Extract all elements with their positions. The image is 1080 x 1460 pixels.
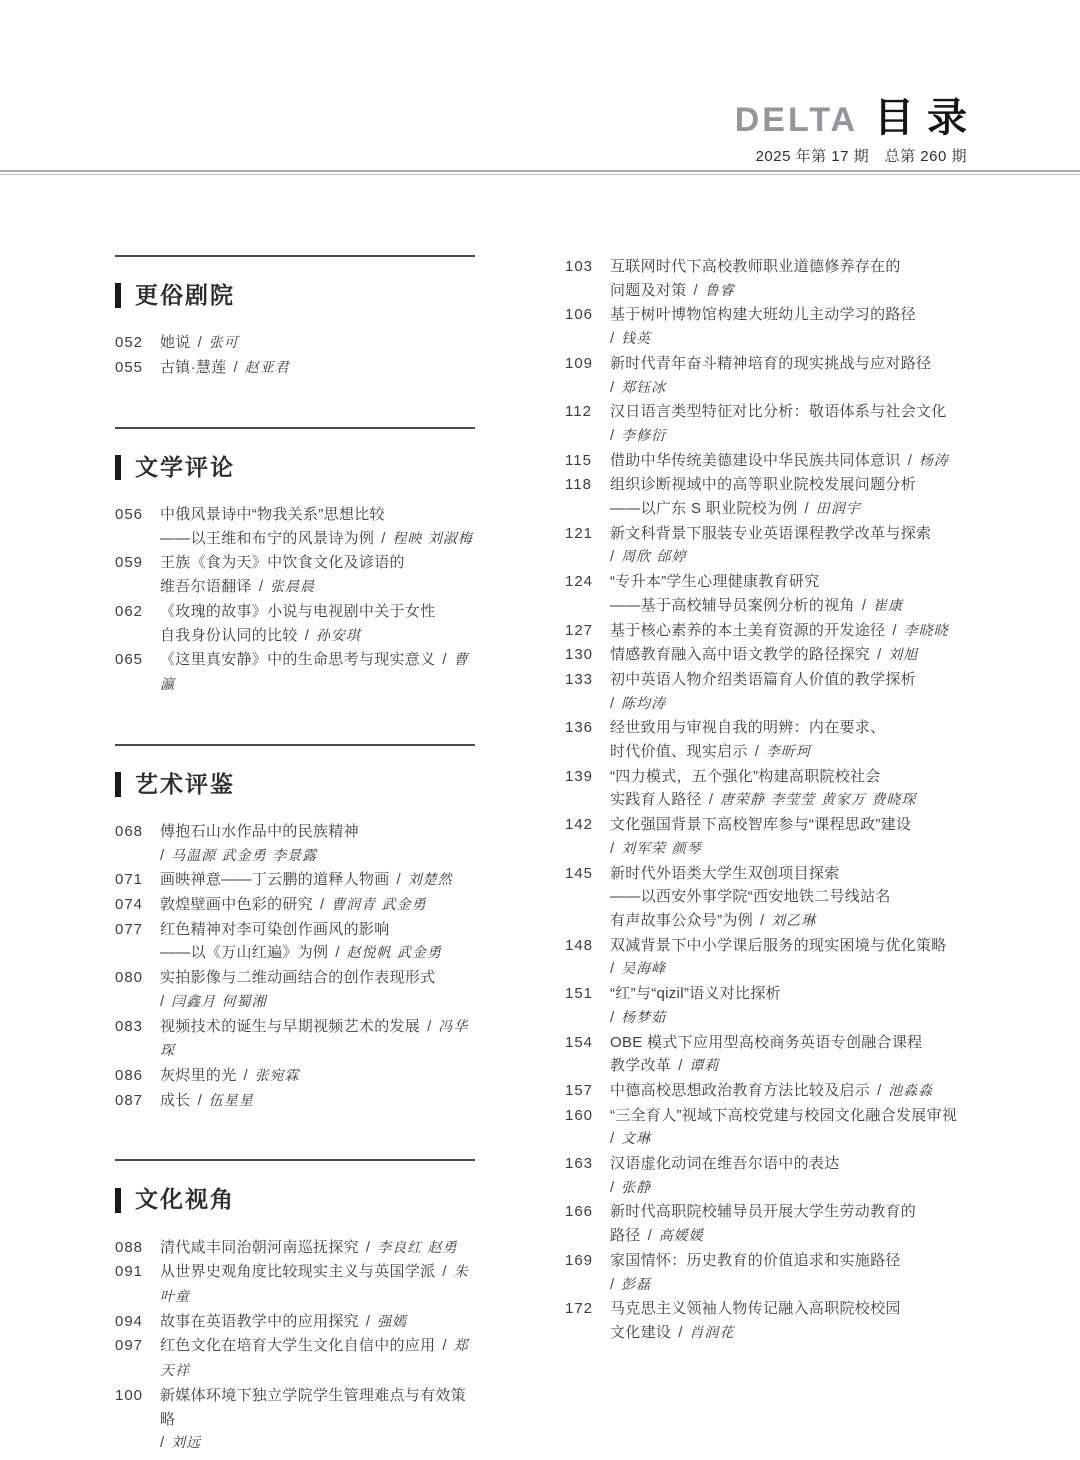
entry-body: 新时代外语类大学生双创项目探索——以西安外事学院“西安地铁二号线站名有声故事公众…: [610, 862, 985, 934]
entry-line: 《这里真安静》中的生命思考与现实意义/曹瀛: [160, 648, 475, 697]
author-separator: /: [610, 379, 614, 396]
page-number: 121: [565, 522, 610, 570]
entry-body: 新时代青年奋斗精神培育的现实挑战与应对路径/郑钰冰: [610, 352, 985, 400]
author-separator: /: [427, 1018, 431, 1035]
entry-line: 文化建设/肖润花: [610, 1321, 985, 1346]
toc-entry: 118组织诊断视域中的高等职业院校发展问题分析——以广东 S 职业院校为例/田润…: [565, 473, 985, 521]
author-separator: /: [198, 1092, 202, 1109]
section-header: 文学评论: [115, 455, 475, 480]
author-names: 吴海峰: [621, 961, 666, 977]
entry-body: 汉语虚化动词在维吾尔语中的表达/张静: [610, 1152, 985, 1200]
section-divider-rule: [115, 255, 475, 257]
page-number: 115: [565, 449, 610, 474]
page-number: 142: [565, 813, 610, 861]
entry-line: 教学改革/谭莉: [610, 1054, 985, 1079]
toc-section: 文学评论056中俄风景诗中“物我关系”思想比较——以王维和布宁的风景诗为例/程映…: [115, 427, 475, 698]
toc-entry: 077红色精神对李可染创作画风的影响——以《万山红遍》为例/赵悦帆 武金勇: [115, 918, 475, 966]
page-number: 166: [565, 1200, 610, 1248]
author-names: 曹润青 武金勇: [331, 897, 426, 913]
toc-entry: 106基于树叶博物馆构建大班幼儿主动学习的路径/钱英: [565, 303, 985, 351]
article-title-text: “红”与“qizil”语义对比探析: [610, 985, 781, 1002]
author-names: 肖润花: [689, 1325, 734, 1341]
article-title-text: 组织诊断视域中的高等职业院校发展问题分析: [610, 476, 916, 493]
section-entry-list: 068傅抱石山水作品中的民族精神/马温源 武金勇 李景露071画映禅意——丁云鹏…: [115, 820, 475, 1113]
entry-line: 画映禅意——丁云鹏的道释人物画/刘楚然: [160, 868, 475, 893]
author-names: 张可: [209, 335, 239, 351]
author-names: 赵亚君: [245, 360, 290, 376]
toc-entry: 163汉语虚化动词在维吾尔语中的表达/张静: [565, 1152, 985, 1200]
page-number: 136: [565, 716, 610, 764]
entry-line: /李修衍: [610, 424, 985, 449]
page-number: 172: [565, 1297, 610, 1345]
section-entry-list: 052她说/张可055古镇·慧莲/赵亚君: [115, 331, 475, 380]
author-names: 崔康: [873, 598, 903, 614]
page-number: 062: [115, 600, 160, 648]
article-title-text: 经世致用与审视自我的明辨：内在要求、: [610, 719, 885, 736]
author-names: 鲁睿: [705, 283, 735, 299]
article-title-text: 新媒体环境下独立学院学生管理难点与有效策略: [160, 1387, 466, 1428]
entry-line: 汉语虚化动词在维吾尔语中的表达: [610, 1152, 985, 1176]
page-number: 059: [115, 551, 160, 599]
toc-entry: 087成长/伍星星: [115, 1089, 475, 1114]
article-title-text: 自我身份认同的比较: [160, 627, 298, 644]
entry-line: 中俄风景诗中“物我关系”思想比较: [160, 503, 475, 527]
author-names: 陈均涛: [621, 696, 666, 712]
entry-line: ——以王维和布宁的风景诗为例/程映 刘淑梅: [160, 527, 475, 552]
article-title-text: “专升本”学生心理健康教育研究: [610, 573, 820, 590]
article-title-text: 借助中华传统美德建设中华民族共同体意识: [610, 452, 901, 469]
entry-line: 《玫瑰的故事》小说与电视剧中关于女性: [160, 600, 475, 624]
toc-heading: 目录: [874, 98, 980, 138]
magazine-toc-page: DELTA 目录 2025 年第 17 期 总第 260 期 更俗剧院052她说…: [0, 0, 1080, 1460]
page-number: 055: [115, 356, 160, 381]
page-number: 094: [115, 1310, 160, 1335]
article-title-text: 初中英语人物介绍类语篇育人价值的教学探析: [610, 671, 916, 688]
toc-entry: 068傅抱石山水作品中的民族精神/马温源 武金勇 李景露: [115, 820, 475, 868]
author-separator: /: [755, 743, 759, 760]
entry-line: 成长/伍星星: [160, 1089, 475, 1114]
author-names: 刘乙琳: [771, 913, 816, 929]
author-names: 张晨晨: [270, 579, 315, 595]
author-separator: /: [892, 622, 896, 639]
entry-line: /郑钰冰: [610, 376, 985, 401]
toc-columns: 更俗剧院052她说/张可055古镇·慧莲/赵亚君文学评论056中俄风景诗中“物我…: [115, 255, 985, 1456]
author-separator: /: [694, 282, 698, 299]
entry-line: /陈均涛: [610, 692, 985, 717]
toc-entry: 148双减背景下中小学课后服务的现实困境与优化策略/吴海峰: [565, 934, 985, 982]
page-number: 100: [115, 1384, 160, 1456]
page-number: 169: [565, 1249, 610, 1297]
article-title-text: 中俄风景诗中“物我关系”思想比较: [160, 506, 385, 523]
article-title-text: ——基于高校辅导员案例分析的视角: [610, 597, 855, 614]
author-names: 张宛霖: [255, 1068, 300, 1084]
author-names: 杨涛: [919, 453, 949, 469]
section-title: 文学评论: [135, 455, 235, 480]
page-number: 097: [115, 1334, 160, 1383]
author-names: 李修衍: [621, 428, 666, 444]
page-number: 103: [565, 255, 610, 303]
entry-line: 时代价值、现实启示/李昕珂: [610, 740, 985, 765]
toc-entry: 154OBE 模式下应用型高校商务英语专创融合课程教学改革/谭莉: [565, 1031, 985, 1079]
author-names: 唐荣静 李莹莹 黄家万 费晓琛: [720, 792, 916, 808]
entry-line: 马克思主义领袖人物传记融入高职院校校园: [610, 1297, 985, 1321]
toc-entry: 169家国情怀：历史教育的价值追求和实施路径/彭磊: [565, 1249, 985, 1297]
article-title-text: 时代价值、现实启示: [610, 743, 748, 760]
entry-line: ——以《万山红遍》为例/赵悦帆 武金勇: [160, 941, 475, 966]
article-title-text: 汉语虚化动词在维吾尔语中的表达: [610, 1155, 840, 1172]
entry-line: 问题及对策/鲁睿: [610, 279, 985, 304]
entry-body: 借助中华传统美德建设中华民族共同体意识/杨涛: [610, 449, 985, 474]
entry-line: 中德高校思想政治教育方法比较及启示/池淼淼: [610, 1079, 985, 1104]
entry-body: 成长/伍星星: [160, 1089, 475, 1114]
author-separator: /: [610, 427, 614, 444]
author-names: 孙安琪: [316, 628, 361, 644]
author-separator: /: [610, 1179, 614, 1196]
page-number: 148: [565, 934, 610, 982]
section-header: 更俗剧院: [115, 283, 475, 308]
toc-entry: 055古镇·慧莲/赵亚君: [115, 356, 475, 381]
article-title-text: ——以广东 S 职业院校为例: [610, 500, 798, 517]
page-number: 087: [115, 1089, 160, 1114]
article-title-text: 新文科背景下服装专业英语课程教学改革与探索: [610, 525, 931, 542]
author-names: 文琳: [621, 1131, 651, 1147]
article-title-text: 成长: [160, 1092, 191, 1109]
entry-body: 汉日语言类型特征对比分析：敬语体系与社会文化/李修衍: [610, 400, 985, 448]
page-number: 163: [565, 1152, 610, 1200]
toc-left-column: 更俗剧院052她说/张可055古镇·慧莲/赵亚君文学评论056中俄风景诗中“物我…: [115, 255, 475, 1456]
toc-entry: 130情感教育融入高中语文教学的路径探究/刘旭: [565, 643, 985, 668]
entry-body: 《这里真安静》中的生命思考与现实意义/曹瀛: [160, 648, 475, 697]
article-title-text: 家国情怀：历史教育的价值追求和实施路径: [610, 1252, 901, 1269]
page-number: 127: [565, 619, 610, 644]
page-number: 052: [115, 331, 160, 356]
article-title-text: 双减背景下中小学课后服务的现实困境与优化策略: [610, 937, 947, 954]
entry-line: OBE 模式下应用型高校商务英语专创融合课程: [610, 1031, 985, 1055]
author-separator: /: [320, 896, 324, 913]
entry-body: 新媒体环境下独立学院学生管理难点与有效策略/刘远: [160, 1384, 475, 1456]
page-number: 154: [565, 1031, 610, 1079]
entry-body: 中俄风景诗中“物我关系”思想比较——以王维和布宁的风景诗为例/程映 刘淑梅: [160, 503, 475, 551]
page-number: 157: [565, 1079, 610, 1104]
page-number: 086: [115, 1064, 160, 1089]
entry-line: 互联网时代下高校教师职业道德修养存在的: [610, 255, 985, 279]
entry-line: /刘军荣 颜琴: [610, 837, 985, 862]
author-names: 郑钰冰: [621, 380, 666, 396]
article-title-text: 红色精神对李可染创作画风的影响: [160, 921, 390, 938]
toc-entry: 124“专升本”学生心理健康教育研究——基于高校辅导员案例分析的视角/崔康: [565, 570, 985, 618]
entry-line: /张静: [610, 1176, 985, 1201]
author-names: 刘远: [171, 1435, 201, 1451]
article-title-text: 新时代外语类大学生双创项目探索: [610, 865, 840, 882]
toc-entry: 115借助中华传统美德建设中华民族共同体意识/杨涛: [565, 449, 985, 474]
entry-line: /马温源 武金勇 李景露: [160, 844, 475, 869]
page-number: 083: [115, 1015, 160, 1064]
article-title-text: 基于核心素养的本土美育资源的开发途径: [610, 622, 885, 639]
entry-body: 马克思主义领袖人物传记融入高职院校校园文化建设/肖润花: [610, 1297, 985, 1345]
author-separator: /: [366, 1239, 370, 1256]
article-title-text: 问题及对策: [610, 282, 687, 299]
article-title-text: 《这里真安静》中的生命思考与现实意义: [160, 651, 435, 668]
author-names: 闫鑫月 何蜀湘: [171, 994, 266, 1010]
entry-body: 从世界史观角度比较现实主义与英国学派/朱叶童: [160, 1260, 475, 1309]
author-names: 谭莉: [689, 1058, 719, 1074]
page-header: DELTA 目录 2025 年第 17 期 总第 260 期: [735, 98, 967, 166]
toc-entry: 151“红”与“qizil”语义对比探析/杨梦茹: [565, 982, 985, 1030]
article-title-text: 有声故事公众号”为例: [610, 912, 753, 929]
entry-body: 古镇·慧莲/赵亚君: [160, 356, 475, 381]
author-separator: /: [442, 1263, 446, 1280]
entry-line: 王族《食为天》中饮食文化及谚语的: [160, 551, 475, 575]
toc-entry: 112汉日语言类型特征对比分析：敬语体系与社会文化/李修衍: [565, 400, 985, 448]
author-separator: /: [709, 791, 713, 808]
toc-entry: 109新时代青年奋斗精神培育的现实挑战与应对路径/郑钰冰: [565, 352, 985, 400]
page-number: 071: [115, 868, 160, 893]
author-separator: /: [610, 1276, 614, 1293]
toc-section: 更俗剧院052她说/张可055古镇·慧莲/赵亚君: [115, 255, 475, 381]
article-title-text: 她说: [160, 334, 191, 351]
entry-line: /文琳: [610, 1127, 985, 1152]
author-separator: /: [381, 530, 385, 547]
entry-body: 红色文化在培育大学生文化自信中的应用/郑天祥: [160, 1334, 475, 1383]
section-header: 文化视角: [115, 1187, 475, 1212]
toc-entry: 133初中英语人物介绍类语篇育人价值的教学探析/陈均涛: [565, 668, 985, 716]
article-title-text: 路径: [610, 1227, 641, 1244]
toc-entry: 097红色文化在培育大学生文化自信中的应用/郑天祥: [115, 1334, 475, 1383]
article-title-text: 古镇·慧莲: [160, 359, 227, 376]
entry-line: 双减背景下中小学课后服务的现实困境与优化策略: [610, 934, 985, 958]
page-number: 118: [565, 473, 610, 521]
entry-line: /周欣 邰婷: [610, 545, 985, 570]
article-title-text: 《玫瑰的故事》小说与电视剧中关于女性: [160, 603, 435, 620]
author-separator: /: [862, 597, 866, 614]
author-names: 高媛媛: [659, 1228, 704, 1244]
article-title-text: 中德高校思想政治教育方法比较及启示: [610, 1082, 870, 1099]
author-names: 刘楚然: [408, 872, 453, 888]
entry-body: “四力模式，五个强化”构建高职院校社会实践育人路径/唐荣静 李莹莹 黄家万 费晓…: [610, 765, 985, 813]
article-title-text: 从世界史观角度比较现实主义与英国学派: [160, 1263, 435, 1280]
article-title-text: 新时代青年奋斗精神培育的现实挑战与应对路径: [610, 355, 931, 372]
entry-body: 文化强国背景下高校智库参与“课程思政”建设/刘军荣 颜琴: [610, 813, 985, 861]
author-names: 田润宇: [816, 501, 861, 517]
entry-line: 实拍影像与二维动画结合的创作表现形式: [160, 966, 475, 990]
author-names: 池淼淼: [888, 1083, 933, 1099]
author-separator: /: [397, 871, 401, 888]
entry-body: 双减背景下中小学课后服务的现实困境与优化策略/吴海峰: [610, 934, 985, 982]
article-title-text: 维吾尔语翻译: [160, 578, 252, 595]
article-title-text: 敦煌壁画中色彩的研究: [160, 896, 313, 913]
article-title-text: 情感教育融入高中语文教学的路径探究: [610, 646, 870, 663]
entry-body: 家国情怀：历史教育的价值追求和实施路径/彭磊: [610, 1249, 985, 1297]
entry-body: 新文科背景下服装专业英语课程教学改革与探索/周欣 邰婷: [610, 522, 985, 570]
author-names: 李昕珂: [766, 744, 811, 760]
article-title-text: 新时代高职院校辅导员开展大学生劳动教育的: [610, 1203, 916, 1220]
section-divider-rule: [115, 427, 475, 429]
author-separator: /: [610, 695, 614, 712]
entry-line: 有声故事公众号”为例/刘乙琳: [610, 909, 985, 934]
toc-entry: 136经世致用与审视自我的明辨：内在要求、时代价值、现实启示/李昕珂: [565, 716, 985, 764]
entry-line: 汉日语言类型特征对比分析：敬语体系与社会文化: [610, 400, 985, 424]
author-separator: /: [805, 500, 809, 517]
article-title-text: ——以西安外事学院“西安地铁二号线站名: [610, 888, 891, 905]
toc-section: 文化视角088清代咸丰同治朝河南巡抚探究/李良红 赵勇091从世界史观角度比较现…: [115, 1159, 475, 1456]
author-separator: /: [234, 359, 238, 376]
author-separator: /: [259, 578, 263, 595]
entry-body: 基于树叶博物馆构建大班幼儿主动学习的路径/钱英: [610, 303, 985, 351]
entry-body: “红”与“qizil”语义对比探析/杨梦茹: [610, 982, 985, 1030]
author-separator: /: [760, 912, 764, 929]
article-title-text: “三全育人”视域下高校党建与校园文化融合发展审视: [610, 1107, 957, 1124]
entry-body: 实拍影像与二维动画结合的创作表现形式/闫鑫月 何蜀湘: [160, 966, 475, 1014]
article-title-text: 灰烬里的光: [160, 1067, 237, 1084]
entry-body: 红色精神对李可染创作画风的影响——以《万山红遍》为例/赵悦帆 武金勇: [160, 918, 475, 966]
toc-entry: 052她说/张可: [115, 331, 475, 356]
toc-entry: 103互联网时代下高校教师职业道德修养存在的问题及对策/鲁睿: [565, 255, 985, 303]
author-separator: /: [648, 1227, 652, 1244]
author-separator: /: [610, 1130, 614, 1147]
entry-body: 故事在英语教学中的应用探究/强嫣: [160, 1310, 475, 1335]
entry-line: /钱英: [610, 327, 985, 352]
page-number: 151: [565, 982, 610, 1030]
toc-entry: 145新时代外语类大学生双创项目探索——以西安外事学院“西安地铁二号线站名有声故…: [565, 862, 985, 934]
entry-body: 敦煌壁画中色彩的研究/曹润青 武金勇: [160, 893, 475, 918]
author-names: 强嫣: [377, 1314, 407, 1330]
page-number: 091: [115, 1260, 160, 1309]
author-names: 李晓晓: [904, 623, 949, 639]
article-title-text: 傅抱石山水作品中的民族精神: [160, 823, 359, 840]
article-title-text: 教学改革: [610, 1057, 671, 1074]
page-number: 145: [565, 862, 610, 934]
toc-entry: 062《玫瑰的故事》小说与电视剧中关于女性自我身份认同的比较/孙安琪: [115, 600, 475, 648]
entry-line: 新媒体环境下独立学院学生管理难点与有效策略: [160, 1384, 475, 1431]
article-title-text: ——以《万山红遍》为例: [160, 944, 328, 961]
entry-line: 古镇·慧莲/赵亚君: [160, 356, 475, 381]
entry-line: 新时代高职院校辅导员开展大学生劳动教育的: [610, 1200, 985, 1224]
author-separator: /: [678, 1057, 682, 1074]
entry-line: 组织诊断视域中的高等职业院校发展问题分析: [610, 473, 985, 497]
entry-line: ——以西安外事学院“西安地铁二号线站名: [610, 885, 985, 909]
section-title: 文化视角: [135, 1187, 235, 1212]
entry-line: /刘远: [160, 1431, 475, 1456]
author-separator: /: [610, 1009, 614, 1026]
toc-entry: 065《这里真安静》中的生命思考与现实意义/曹瀛: [115, 648, 475, 697]
article-title-text: 基于树叶博物馆构建大班幼儿主动学习的路径: [610, 306, 916, 323]
toc-entry: 080实拍影像与二维动画结合的创作表现形式/闫鑫月 何蜀湘: [115, 966, 475, 1014]
entry-line: 基于树叶博物馆构建大班幼儿主动学习的路径: [610, 303, 985, 327]
article-title-text: “四力模式，五个强化”构建高职院校社会: [610, 768, 881, 785]
toc-section: 艺术评鉴068傅抱石山水作品中的民族精神/马温源 武金勇 李景露071画映禅意—…: [115, 744, 475, 1114]
article-title-text: 故事在英语教学中的应用探究: [160, 1313, 359, 1330]
entry-body: “三全育人”视域下高校党建与校园文化融合发展审视/文琳: [610, 1104, 985, 1152]
toc-entry: 100新媒体环境下独立学院学生管理难点与有效策略/刘远: [115, 1384, 475, 1456]
section-marker-bar: [115, 1188, 121, 1213]
page-number: 133: [565, 668, 610, 716]
page-number: 109: [565, 352, 610, 400]
author-names: 彭磊: [621, 1277, 651, 1293]
section-marker-bar: [115, 283, 121, 308]
toc-entry: 083视频技术的诞生与早期视频艺术的发展/冯华琛: [115, 1015, 475, 1064]
author-names: 李良红 赵勇: [377, 1240, 457, 1256]
entry-line: 新时代青年奋斗精神培育的现实挑战与应对路径: [610, 352, 985, 376]
section-header: 艺术评鉴: [115, 772, 475, 797]
entry-body: 傅抱石山水作品中的民族精神/马温源 武金勇 李景露: [160, 820, 475, 868]
entry-line: 故事在英语教学中的应用探究/强嫣: [160, 1310, 475, 1335]
article-title-text: 清代咸丰同治朝河南巡抚探究: [160, 1239, 359, 1256]
entry-body: 情感教育融入高中语文教学的路径探究/刘旭: [610, 643, 985, 668]
article-title-text: 红色文化在培育大学生文化自信中的应用: [160, 1337, 435, 1354]
entry-line: 情感教育融入高中语文教学的路径探究/刘旭: [610, 643, 985, 668]
section-entry-list: 088清代咸丰同治朝河南巡抚探究/李良红 赵勇091从世界史观角度比较现实主义与…: [115, 1236, 475, 1456]
author-separator: /: [160, 847, 164, 864]
section-marker-bar: [115, 455, 121, 480]
toc-entry: 160“三全育人”视域下高校党建与校园文化融合发展审视/文琳: [565, 1104, 985, 1152]
entry-line: ——基于高校辅导员案例分析的视角/崔康: [610, 594, 985, 619]
page-number: 124: [565, 570, 610, 618]
entry-line: 自我身份认同的比较/孙安琪: [160, 624, 475, 649]
entry-line: “专升本”学生心理健康教育研究: [610, 570, 985, 594]
author-separator: /: [442, 1337, 446, 1354]
toc-entry: 127基于核心素养的本土美育资源的开发途径/李晓晓: [565, 619, 985, 644]
article-title-text: 文化建设: [610, 1324, 671, 1341]
entry-line: /彭磊: [610, 1273, 985, 1298]
entry-body: 王族《食为天》中饮食文化及谚语的维吾尔语翻译/张晨晨: [160, 551, 475, 599]
entry-line: 从世界史观角度比较现实主义与英国学派/朱叶童: [160, 1260, 475, 1309]
author-names: 马温源 武金勇 李景露: [171, 848, 317, 864]
entry-body: OBE 模式下应用型高校商务英语专创融合课程教学改革/谭莉: [610, 1031, 985, 1079]
page-number: 065: [115, 648, 160, 697]
entry-line: 维吾尔语翻译/张晨晨: [160, 575, 475, 600]
page-number: 077: [115, 918, 160, 966]
toc-entry: 121新文科背景下服装专业英语课程教学改革与探索/周欣 邰婷: [565, 522, 985, 570]
author-names: 刘军荣 颜琴: [621, 841, 701, 857]
author-separator: /: [610, 548, 614, 565]
toc-entry: 056中俄风景诗中“物我关系”思想比较——以王维和布宁的风景诗为例/程映 刘淑梅: [115, 503, 475, 551]
entry-line: 清代咸丰同治朝河南巡抚探究/李良红 赵勇: [160, 1236, 475, 1261]
toc-entry: 088清代咸丰同治朝河南巡抚探究/李良红 赵勇: [115, 1236, 475, 1261]
entry-line: 敦煌壁画中色彩的研究/曹润青 武金勇: [160, 893, 475, 918]
article-title-text: 画映禅意——丁云鹏的道释人物画: [160, 871, 390, 888]
entry-body: 清代咸丰同治朝河南巡抚探究/李良红 赵勇: [160, 1236, 475, 1261]
section-marker-bar: [115, 772, 121, 797]
toc-entry: 071画映禅意——丁云鹏的道释人物画/刘楚然: [115, 868, 475, 893]
section-title: 艺术评鉴: [135, 772, 235, 797]
section-title: 更俗剧院: [135, 283, 235, 308]
author-separator: /: [305, 627, 309, 644]
page-number: 112: [565, 400, 610, 448]
entry-line: 她说/张可: [160, 331, 475, 356]
author-separator: /: [908, 452, 912, 469]
entry-body: 组织诊断视域中的高等职业院校发展问题分析——以广东 S 职业院校为例/田润宇: [610, 473, 985, 521]
entry-body: 中德高校思想政治教育方法比较及启示/池淼淼: [610, 1079, 985, 1104]
article-title-text: 视频技术的诞生与早期视频艺术的发展: [160, 1018, 420, 1035]
article-title-text: 实践育人路径: [610, 791, 702, 808]
entry-line: 基于核心素养的本土美育资源的开发途径/李晓晓: [610, 619, 985, 644]
entry-line: 实践育人路径/唐荣静 李莹莹 黄家万 费晓琛: [610, 788, 985, 813]
entry-line: 新文科背景下服装专业英语课程教学改革与探索: [610, 522, 985, 546]
issue-info: 2025 年第 17 期 总第 260 期: [735, 145, 967, 166]
entry-body: 她说/张可: [160, 331, 475, 356]
section-entry-list: 056中俄风景诗中“物我关系”思想比较——以王维和布宁的风景诗为例/程映 刘淑梅…: [115, 503, 475, 698]
entry-body: 基于核心素养的本土美育资源的开发途径/李晓晓: [610, 619, 985, 644]
magazine-logo: DELTA: [735, 103, 858, 137]
entry-line: ——以广东 S 职业院校为例/田润宇: [610, 497, 985, 522]
entry-body: 画映禅意——丁云鹏的道释人物画/刘楚然: [160, 868, 475, 893]
entry-body: 灰烬里的光/张宛霖: [160, 1064, 475, 1089]
entry-line: 红色文化在培育大学生文化自信中的应用/郑天祥: [160, 1334, 475, 1383]
entry-line: 文化强国背景下高校智库参与“课程思政”建设: [610, 813, 985, 837]
entry-line: 借助中华传统美德建设中华民族共同体意识/杨涛: [610, 449, 985, 474]
entry-line: “三全育人”视域下高校党建与校园文化融合发展审视: [610, 1104, 985, 1128]
entry-body: 新时代高职院校辅导员开展大学生劳动教育的路径/高媛媛: [610, 1200, 985, 1248]
